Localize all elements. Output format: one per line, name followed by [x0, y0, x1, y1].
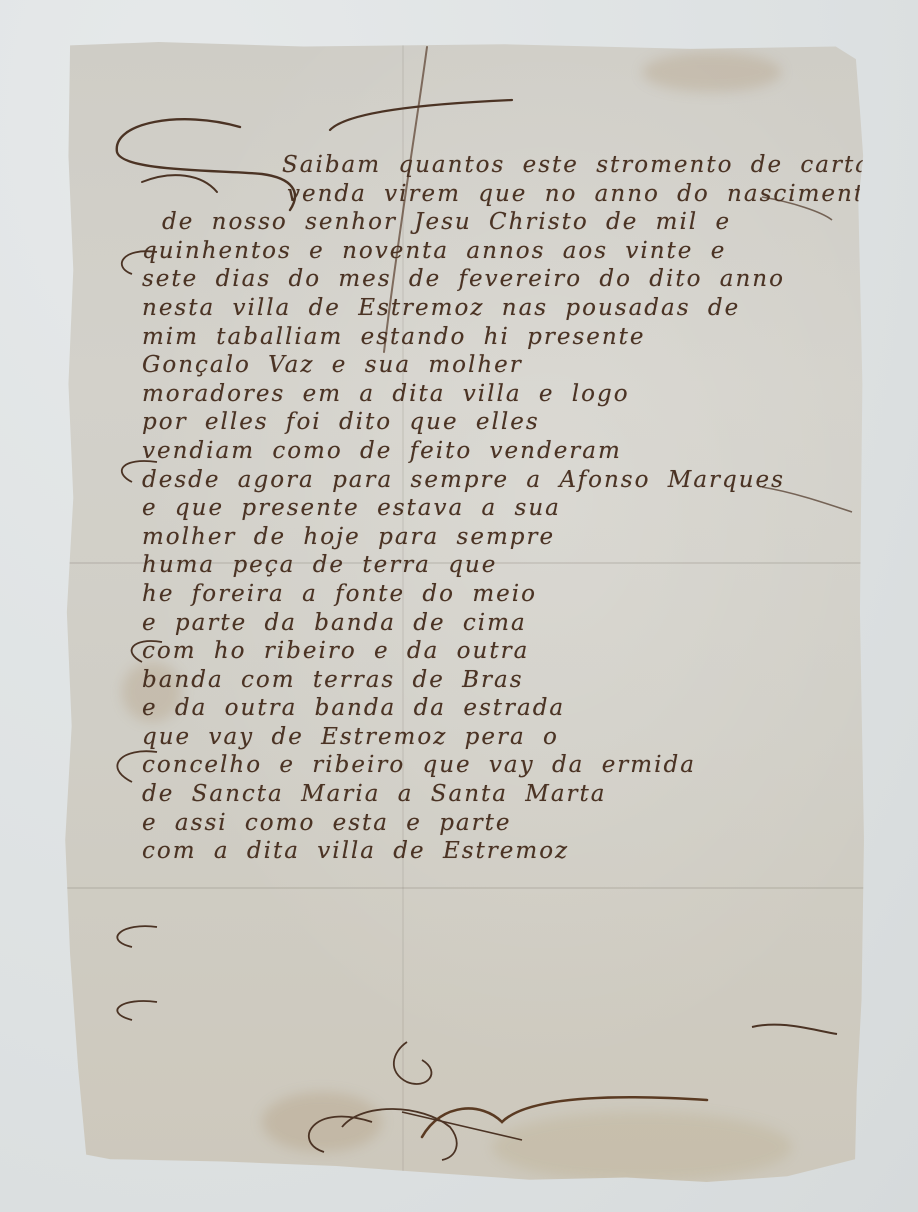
- text-line: mim taballiam estando hi presente: [142, 324, 852, 353]
- text-line: e parte da banda de cima: [142, 610, 852, 639]
- text-line: Gonçalo Vaz e sua molher: [142, 352, 852, 381]
- text-line: sete dias do mes de fevereiro do dito an…: [142, 266, 852, 295]
- fold-line-horizontal: [62, 887, 868, 889]
- water-stain: [492, 1112, 792, 1182]
- text-line: molher de hoje para sempre: [142, 524, 852, 553]
- text-line: concelho e ribeiro que vay da ermida: [142, 752, 852, 781]
- text-line: nesta villa de Estremoz nas pousadas de: [142, 295, 852, 324]
- water-stain: [642, 52, 782, 92]
- text-line: Saibam quantos este stromento de carta d…: [282, 152, 852, 181]
- text-line: e assi como esta e parte: [142, 810, 852, 839]
- text-line: com ho ribeiro e da outra: [142, 638, 852, 667]
- text-line: desde agora para sempre a Afonso Marques: [142, 467, 852, 496]
- text-line: quinhentos e noventa annos aos vinte e: [142, 238, 852, 267]
- text-line: he foreira a fonte do meio: [142, 581, 852, 610]
- text-line: de nosso senhor Jesu Christo de mil e: [162, 209, 852, 238]
- text-line: e que presente estava a sua: [142, 495, 852, 524]
- text-line: e da outra banda da estrada: [142, 695, 852, 724]
- manuscript-text: Saibam quantos este stromento de carta d…: [132, 152, 852, 867]
- text-line: por elles foi dito que elles: [142, 409, 852, 438]
- text-line: banda com terras de Bras: [142, 667, 852, 696]
- text-line: que vay de Estremoz pera o: [142, 724, 852, 753]
- text-line: de Sancta Maria a Santa Marta: [142, 781, 852, 810]
- text-line: venda virem que no anno do nascimento: [287, 181, 852, 210]
- text-line: com a dita villa de Estremoz: [142, 838, 852, 867]
- text-line: huma peça de terra que: [142, 552, 852, 581]
- text-line: vendiam como de feito venderam: [142, 438, 852, 467]
- manuscript-page: Saibam quantos este stromento de carta d…: [62, 42, 868, 1182]
- text-line: moradores em a dita villa e logo: [142, 381, 852, 410]
- water-stain: [262, 1092, 382, 1152]
